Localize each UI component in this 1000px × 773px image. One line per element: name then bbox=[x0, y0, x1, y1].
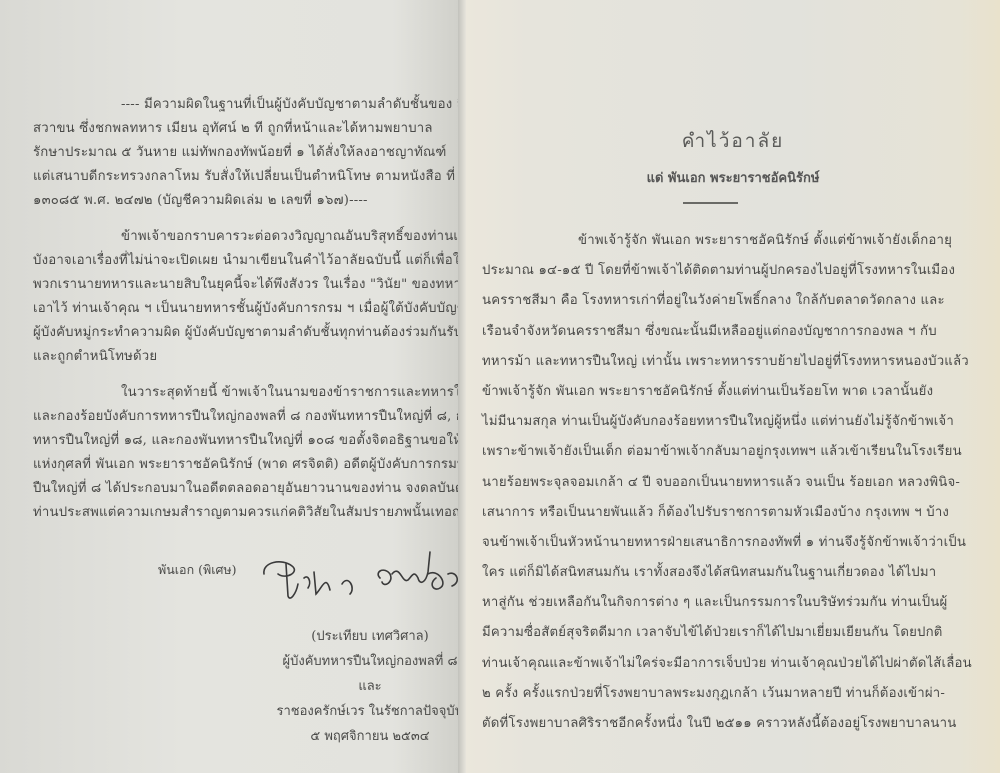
right-page-body: ข้าพเจ้ารู้จัก พันเอก พระยาราชอัคนิรักษ์… bbox=[482, 226, 972, 739]
text-line: ท่านเจ้าคุณและข้าพเจ้าไม่ใคร่จะมีอาการเจ… bbox=[482, 649, 972, 679]
signature-block: (ประเทียบ เทศวิศาล) ผู้บังคับทหารปืนใหญ่… bbox=[260, 624, 462, 749]
text-line: จนข้าพเจ้าเป็นหัวหน้านายทหารฝ่ายเสนาธิกา… bbox=[482, 528, 972, 558]
text-line: เพราะข้าพเจ้ายังเป็นเด็ก ต่อมาข้าพเจ้ากล… bbox=[482, 437, 972, 467]
text-line: ---- มีความผิดในฐานที่เป็นผู้บังคับบัญชา… bbox=[33, 93, 462, 117]
text-line: เสนาการ หรือเป็นนายพันแล้ว ก็ต้องไปรับรา… bbox=[482, 498, 972, 528]
handwritten-signature-icon bbox=[252, 544, 462, 604]
open-book-spread: ---- มีความผิดในฐานที่เป็นผู้บังคับบัญชา… bbox=[0, 0, 1000, 773]
page-subtitle: แด่ พันเอก พระยาราชอัคนิรักษ์ bbox=[466, 167, 1000, 188]
signature-rank: พันเอก (พิเศษ) bbox=[158, 560, 237, 580]
text-line: นายร้อยพระจุลจอมเกล้า ๔ ปี จบออกเป็นนายท… bbox=[482, 468, 972, 498]
text-line: รักษาประมาณ ๕ วันหาย แม่ทัพกองทัพน้อยที่… bbox=[33, 141, 462, 165]
text-line: หาสู่กัน ช่วยเหลือกันในกิจการต่าง ๆ และเ… bbox=[482, 588, 972, 618]
signer-position: ผู้บังคับทหารปืนใหญ่กองพลที่ ๘ bbox=[260, 649, 462, 674]
text-line: ในวาระสุดท้ายนี้ ข้าพเจ้าในนามของข้าราชก… bbox=[33, 381, 462, 405]
signature-date: ๕ พฤศจิกายน ๒๕๓๔ bbox=[260, 724, 462, 749]
title-divider bbox=[683, 202, 738, 204]
text-line: ข้าพเจ้ารู้จัก พันเอก พระยาราชอัคนิรักษ์… bbox=[482, 226, 972, 256]
signer-name: (ประเทียบ เทศวิศาล) bbox=[260, 624, 462, 649]
text-line: ประมาณ ๑๔-๑๕ ปี โดยที่ข้าพเจ้าได้ติดตามท… bbox=[482, 256, 972, 286]
text-line: ใคร แต่ก็มิได้สนิทสนมกัน เราทั้งสองจึงได… bbox=[482, 558, 972, 588]
text-line: แต่เสนาบดีกระทรวงกลาโหม รับสั่งให้เปลี่ย… bbox=[33, 165, 462, 189]
signer-conjunction: และ bbox=[260, 674, 462, 699]
paragraph-gap bbox=[33, 213, 462, 225]
text-line: ทหารม้า และทหารปืนใหญ่ เท่านั้น เพราะทหา… bbox=[482, 347, 972, 377]
text-line: พวกเรานายทหารและนายสิบในยุคนี้จะได้พึงสั… bbox=[33, 273, 462, 297]
text-line: เรือนจำจังหวัดนครราชสีมา ซึ่งขณะนั้นมีเห… bbox=[482, 317, 972, 347]
text-line: ปืนใหญ่ที่ ๘ ได้ประกอบมาในอดีตตลอดอายุอั… bbox=[33, 477, 462, 501]
text-line: ไม่มีนามสกุล ท่านเป็นผู้บังคับกองร้อยทหา… bbox=[482, 407, 972, 437]
text-line: ข้าพเจ้ารู้จัก พันเอก พระยาราชอัคนิรักษ์… bbox=[482, 377, 972, 407]
text-line: ข้าพเจ้าขอกราบคารวะต่อดวงวิญญาณอันบริสุท… bbox=[33, 225, 462, 249]
text-line: ๑๓๐๘๕ พ.ศ. ๒๔๗๒ (บัญชีความผิดเล่ม ๒ เลขท… bbox=[33, 189, 462, 213]
text-line: เอาไว้ ท่านเจ้าคุณ ฯ เป็นนายทหารชั้นผู้บ… bbox=[33, 297, 462, 321]
paragraph-gap bbox=[33, 369, 462, 381]
text-line: ๒ ครั้ง ครั้งแรกป่วยที่โรงพยาบาลพระมงกุฎ… bbox=[482, 679, 972, 709]
text-line: สวาขน ซึ่งชกพลทหาร เมียน อุทัศน์ ๒ ที ถู… bbox=[33, 117, 462, 141]
text-line: ทหารปืนใหญ่ที่ ๑๘, และกองพันทหารปืนใหญ่ท… bbox=[33, 429, 462, 453]
signer-role: ราชองครักษ์เวร ในรัชกาลปัจจุบัน bbox=[260, 699, 462, 724]
text-line: และกองร้อยบังคับการทหารปืนใหญ่กองพลที่ ๘… bbox=[33, 405, 462, 429]
text-line: ตัดที่โรงพยาบาลศิริราชอีกครั้งหนึ่ง ในปี… bbox=[482, 709, 972, 739]
text-line: บังอาจเอาเรื่องที่ไม่น่าจะเปิดเผย นำมาเข… bbox=[33, 249, 462, 273]
left-page-body: ---- มีความผิดในฐานที่เป็นผู้บังคับบัญชา… bbox=[33, 93, 462, 525]
text-line: มีความซื่อสัตย์สุจริตดีมาก เวลาจับไข้ได้… bbox=[482, 618, 972, 648]
text-line: นครราชสีมา คือ โรงทหารเก่าที่อยู่ในวังค่… bbox=[482, 286, 972, 316]
page-title: คำไว้อาลัย bbox=[466, 126, 1000, 156]
text-line: และถูกตำหนิโทษด้วย bbox=[33, 345, 462, 369]
right-page: คำไว้อาลัย แด่ พันเอก พระยาราชอัคนิรักษ์… bbox=[466, 0, 1000, 773]
text-line: ท่านประสพแต่ความเกษมสำราญตามควรแก่คติวิส… bbox=[33, 501, 462, 525]
text-line: ผู้บังคับหมู่กระทำความผิด ผู้บังคับบัญชา… bbox=[33, 321, 462, 345]
text-line: แห่งกุศลที่ พันเอก พระยาราชอัคนิรักษ์ (พ… bbox=[33, 453, 462, 477]
left-page: ---- มีความผิดในฐานที่เป็นผู้บังคับบัญชา… bbox=[0, 0, 462, 773]
